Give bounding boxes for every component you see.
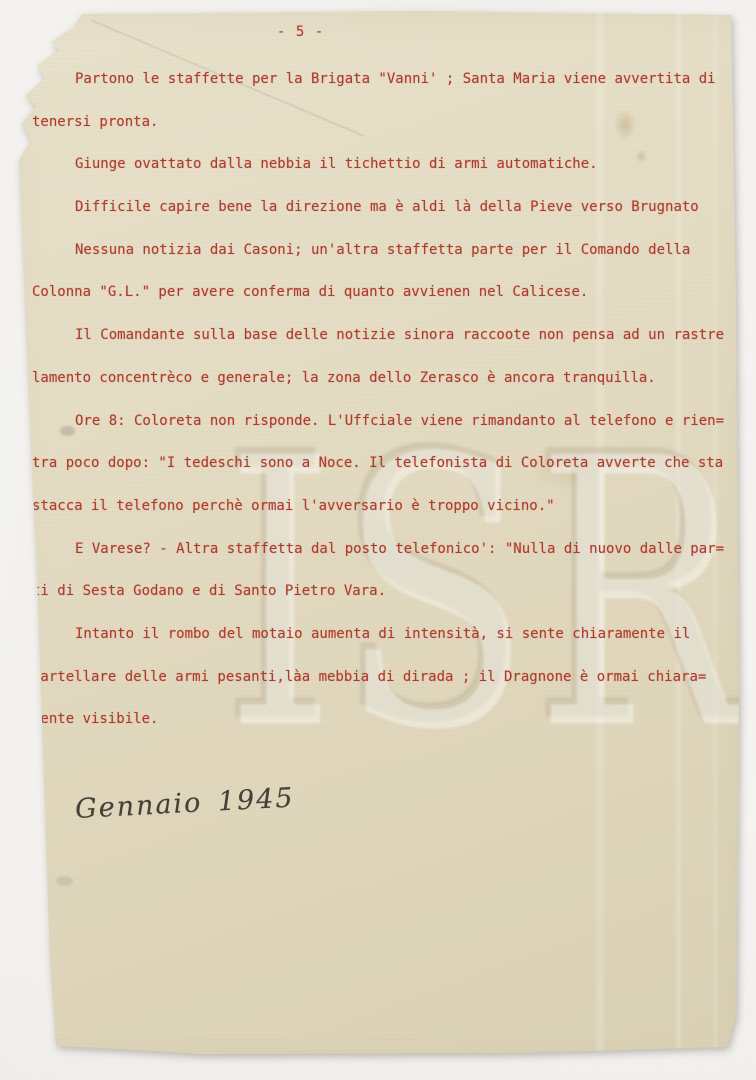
scanned-page: ISR - 5 - Partono le staffette per la Br… [0, 0, 756, 1080]
typed-line: E Varese? - Altra staffetta dal posto te… [32, 528, 756, 571]
typed-line: Partono le staffette per la Brigata "Van… [32, 58, 756, 101]
paper-wrapper: ISR - 5 - Partono le staffette per la Br… [0, 0, 756, 1080]
typed-line: Ore 8: Coloreta non risponde. L'Uffciale… [32, 400, 756, 443]
typed-line: mente visibile. [32, 698, 756, 741]
page-number: - 5 - [277, 24, 324, 40]
typed-line: ti di Sesta Godano e di Santo Pietro Var… [32, 570, 756, 613]
typed-line: Difficile capire bene la direzione ma è … [32, 186, 756, 229]
typed-line: Colonna "G.L." per avere conferma di qua… [32, 271, 756, 314]
typed-line: martellare delle armi pesanti,làa mebbia… [32, 656, 756, 699]
typed-line: tra poco dopo: "I tedeschi sono a Noce. … [32, 442, 756, 485]
paper-smudge [56, 876, 73, 886]
typewritten-text-block: Partono le staffette per la Brigata "Van… [32, 58, 756, 741]
typed-line: Il Comandante sulla base delle notizie s… [32, 314, 756, 357]
typed-line: Nessuna notizia dai Casoni; un'altra sta… [32, 229, 756, 272]
typed-line: Giunge ovattato dalla nebbia il tichetti… [32, 143, 756, 186]
typed-line: stacca il telefono perchè ormai l'avvers… [32, 485, 756, 528]
typed-line: Intanto il rombo del motaio aumenta di i… [32, 613, 756, 656]
typed-line: lamento concentrèco e generale; la zona … [32, 357, 756, 400]
typed-line: tenersi pronta. [32, 101, 756, 144]
